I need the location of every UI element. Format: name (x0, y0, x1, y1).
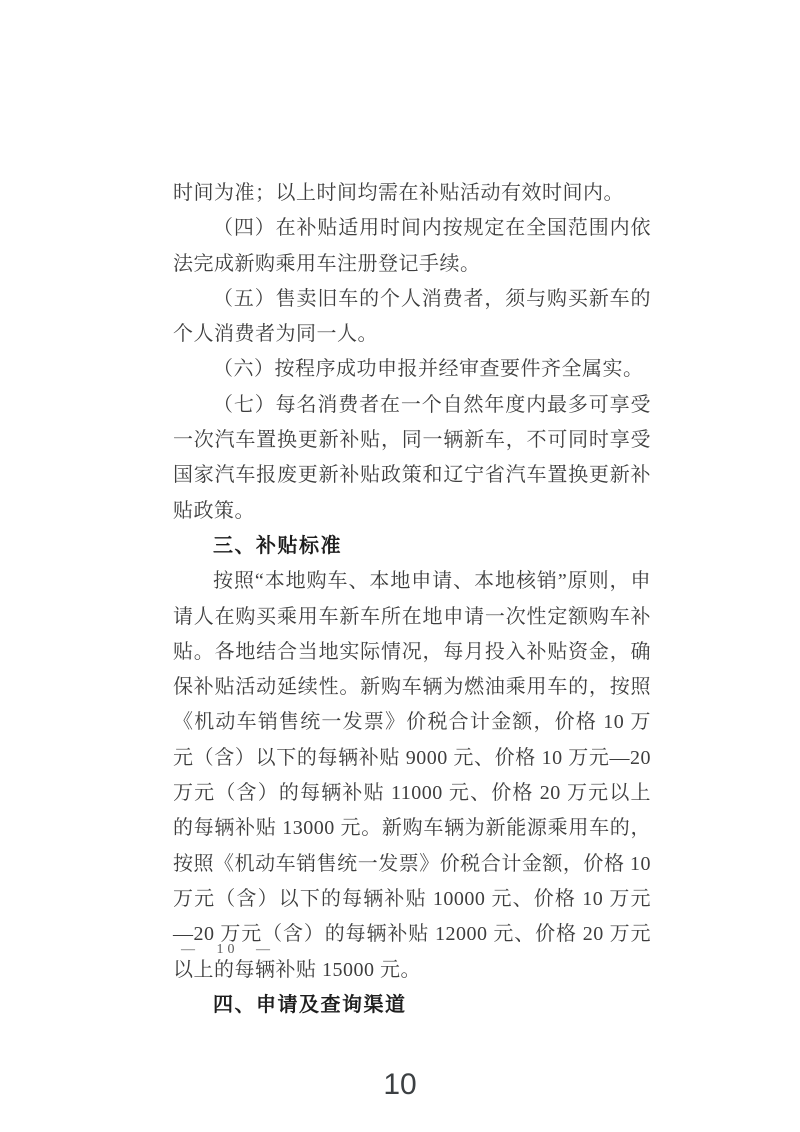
paragraph-item-6: （六）按程序成功申报并经审查要件齐全属实。 (173, 352, 651, 387)
viewer-page-number: 10 (0, 1068, 800, 1102)
document-page: 时间为准；以上时间均需在补贴活动有效时间内。 （四）在补贴适用时间内按规定在全国… (0, 0, 800, 1132)
document-footer-page-number: — 10 — (181, 942, 274, 958)
paragraph-subsidy-standard: 按照“本地购车、本地申请、本地核销”原则，申请人在购买乘用车新车所在地申请一次性… (173, 564, 651, 988)
section-heading-application-channels: 四、申请及查询渠道 (173, 988, 651, 1023)
paragraph-item-7: （七）每名消费者在一个自然年度内最多可享受一次汽车置换更新补贴，同一辆新车，不可… (173, 388, 651, 529)
page-text-block: 时间为准；以上时间均需在补贴活动有效时间内。 （四）在补贴适用时间内按规定在全国… (173, 176, 651, 1023)
section-heading-subsidy-standard: 三、补贴标准 (173, 529, 651, 564)
paragraph-continuation: 时间为准；以上时间均需在补贴活动有效时间内。 (173, 176, 651, 211)
paragraph-item-5: （五）售卖旧车的个人消费者，须与购买新车的个人消费者为同一人。 (173, 282, 651, 353)
paragraph-item-4: （四）在补贴适用时间内按规定在全国范围内依法完成新购乘用车注册登记手续。 (173, 211, 651, 282)
